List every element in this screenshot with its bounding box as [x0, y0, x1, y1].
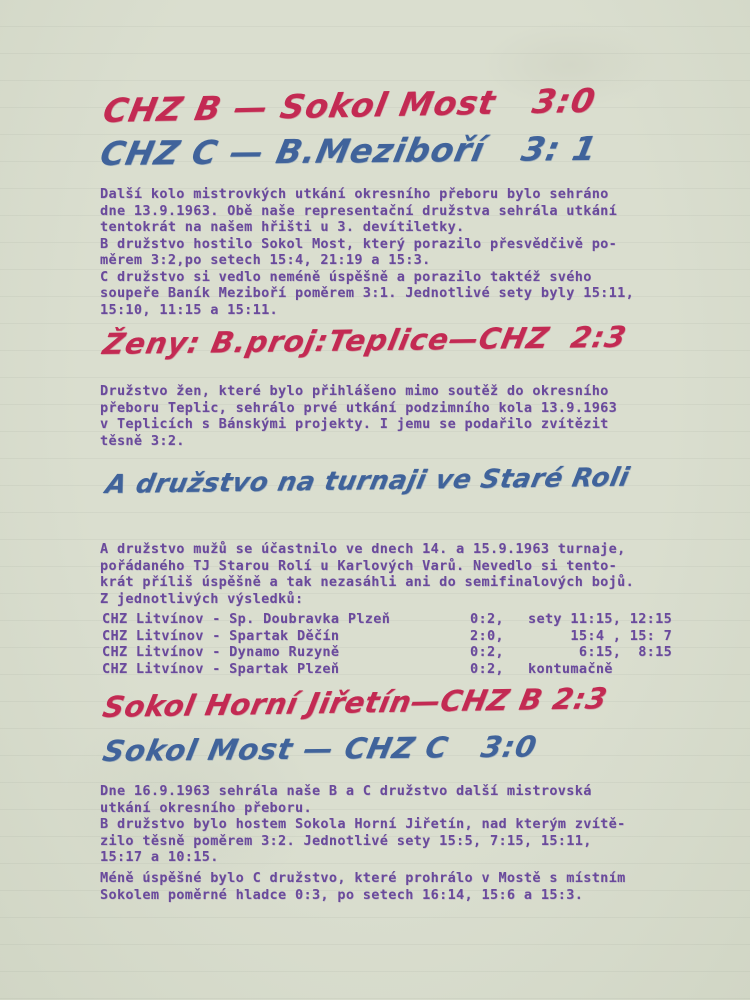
paragraph-b-team-jiretin: Dne 16.9.1963 sehrála naše B a C družstv… — [100, 783, 690, 866]
table-row: CHZ Litvínov - Dynamo Ruzyně 0:2, 6:15, … — [102, 644, 672, 661]
match-cell: CHZ Litvínov - Spartak Plzeň — [102, 661, 470, 678]
match-cell: CHZ Litvínov - Dynamo Ruzyně — [102, 644, 470, 661]
score-cell: 0:2, — [470, 661, 528, 678]
match-cell: CHZ Litvínov - Spartak Děčín — [102, 628, 470, 645]
score-cell: 0:2, — [470, 611, 528, 628]
results-table: CHZ Litvínov - Sp. Doubravka Plzeň 0:2, … — [102, 611, 672, 677]
score-cell: 2:0, — [470, 628, 528, 645]
match-cell: CHZ Litvínov - Sp. Doubravka Plzeň — [102, 611, 470, 628]
score-cell: 0:2, — [470, 644, 528, 661]
table-row: CHZ Litvínov - Sp. Doubravka Plzeň 0:2, … — [102, 611, 672, 628]
paragraph-district-round: Další kolo mistrovkých utkání okresního … — [100, 186, 690, 318]
sets-cell: 15:4 , 15: 7 — [528, 628, 672, 645]
heading-match-women-teplice: Ženy: B.proj:Teplice—CHZ 2:3 — [100, 320, 630, 361]
paragraph-tournament: A družstvo mužů se účastnilo ve dnech 14… — [100, 541, 690, 607]
sets-cell: 6:15, 8:15 — [528, 644, 672, 661]
paragraph-c-team-most: Méně úspěšné bylo C družstvo, které proh… — [100, 870, 690, 903]
table-row: CHZ Litvínov - Spartak Děčín 2:0, 15:4 ,… — [102, 628, 672, 645]
heading-tournament-stara-role: A družstvo na turnaji ve Staré Roli — [103, 463, 632, 500]
heading-match-jiretin-chzb: Sokol Horní Jiřetín—CHZ B 2:3 — [100, 681, 610, 724]
paragraph-women-team: Družstvo žen, které bylo přihlášeno mimo… — [100, 383, 690, 449]
sets-cell: sety 11:15, 12:15 — [528, 611, 672, 628]
table-row: CHZ Litvínov - Spartak Plzeň 0:2, kontum… — [102, 661, 672, 678]
sets-cell: kontumačně — [528, 661, 613, 678]
heading-match-chzb-sokolmost: CHZ B — Sokol Most 3:0 — [100, 81, 599, 130]
scanned-page: CHZ B — Sokol Most 3:0 CHZ C — B.Meziboř… — [0, 0, 750, 1000]
heading-match-most-chzc: Sokol Most — CHZ C 3:0 — [100, 729, 540, 768]
heading-match-chzc-mezibori: CHZ C — B.Meziboří 3: 1 — [97, 129, 601, 173]
